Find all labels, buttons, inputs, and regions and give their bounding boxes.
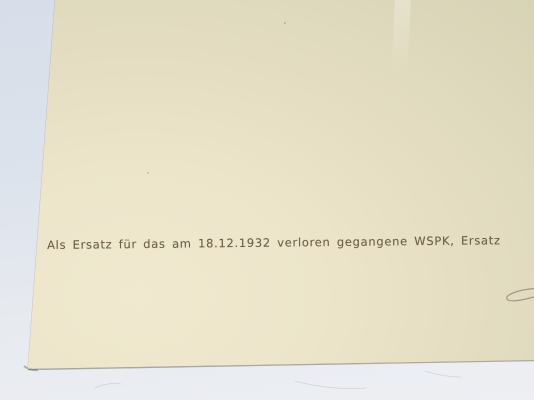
- photo-of-document: Als Ersatz für das am 18.12.1932 verlore…: [0, 0, 534, 400]
- surface-scratch: [425, 371, 461, 377]
- surface-scratch: [95, 384, 121, 389]
- pencil-flourish-mark: [498, 285, 534, 309]
- paper-speck: [284, 22, 286, 24]
- paper-speck: [147, 172, 149, 174]
- paper-crease-highlight: [391, 0, 411, 75]
- surface-scratch: [295, 381, 367, 389]
- paper-sheet: Als Ersatz für das am 18.12.1932 verlore…: [0, 0, 534, 400]
- handwritten-text-line: Als Ersatz für das am 18.12.1932 verlore…: [47, 233, 501, 252]
